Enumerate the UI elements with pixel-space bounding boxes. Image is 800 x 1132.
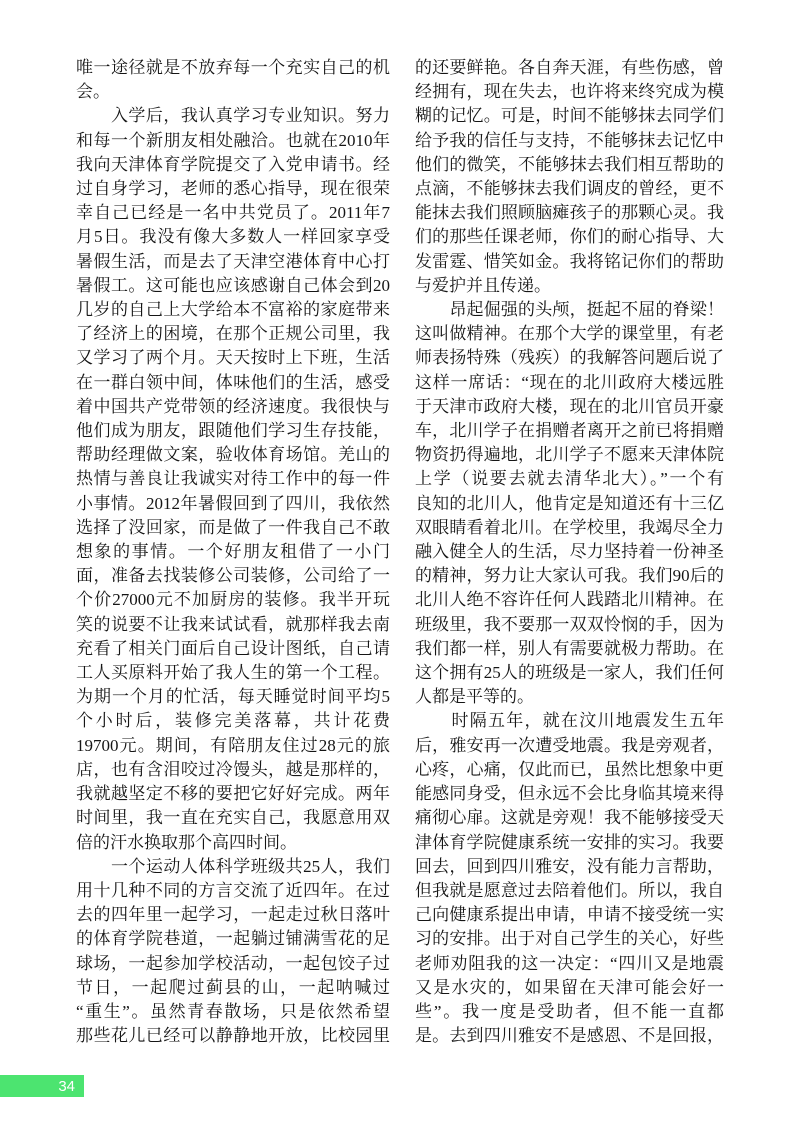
text-line: 入学后，我认真学习专业知识。努力: [76, 104, 390, 128]
text-line: 班级里，我不要那一双双怜悯的手，因为: [415, 613, 724, 637]
text-line: 双眼睛看着北川。在学校里，我竭尽全力: [415, 516, 724, 540]
text-line: 又学习了两个月。天天按时上下班，生活: [76, 346, 390, 370]
paragraph: 一个运动人体科学班级共25人，我们用十几种不同的方言交流了近四年。在过去的四年里…: [76, 855, 390, 1049]
text-line: 会。: [76, 80, 390, 104]
text-line: 面，准备去找装修公司装修，公司给了一: [76, 564, 390, 588]
document-page: 唯一途径就是不放弃每一个充实自己的机会。 入学后，我认真学习专业知识。努力和每一…: [0, 0, 800, 1132]
text-line: 过自身学习，老师的悉心指导，现在很荣: [76, 177, 390, 201]
text-line: 车，北川学子在捐赠者离开之前已将捐赠: [415, 419, 724, 443]
text-line: 工人买原料开始了我人生的第一个工程。: [76, 661, 390, 685]
text-line: 时隔五年，就在汶川地震发生五年: [415, 709, 724, 733]
text-line: 的还要鲜艳。各自奔天涯，有些伤感，曾: [415, 56, 724, 80]
text-line: 融入健全人的生活，尽力坚持着一份神圣: [415, 540, 724, 564]
text-line: 小事情。2012年暑假回到了四川，我依然: [76, 492, 390, 516]
text-line: 昂起倔强的头颅，挺起不屈的脊梁！: [415, 298, 724, 322]
text-line: 这叫做精神。在那个大学的课堂里，有老: [415, 322, 724, 346]
text-line: 那些花儿已经可以静静地开放，比校园里: [76, 1024, 390, 1048]
text-line: 的体育学院巷道，一起躺过铺满雪花的足: [76, 927, 390, 951]
text-line: 糊的记忆。可是，时间不能够抹去同学们: [415, 104, 724, 128]
text-line: 北川人绝不容许任何人践踏北川精神。在: [415, 588, 724, 612]
page-number: 34: [58, 1078, 75, 1095]
text-line: 给予我的信任与支持，不能够抹去记忆中: [415, 129, 724, 153]
text-line: 暑假工。这可能也应该感谢自己体会到20: [76, 274, 390, 298]
text-line: 在一群白领中间，体味他们的生活，感受: [76, 371, 390, 395]
text-column-right: 的还要鲜艳。各自奔天涯，有些伤感，曾经拥有，现在失去，也许将来终究成为模糊的记忆…: [415, 56, 724, 1048]
text-line: 老师劝阻我的这一决定：“四川又是地震: [415, 952, 724, 976]
text-line: 球场，一起参加学校活动，一起包饺子过: [76, 952, 390, 976]
text-line: 个小时后，装修完美落幕，共计花费: [76, 709, 390, 733]
paragraph: 的还要鲜艳。各自奔天涯，有些伤感，曾经拥有，现在失去，也许将来终究成为模糊的记忆…: [415, 56, 724, 298]
text-line: 个价27000元不加厨房的装修。我半开玩: [76, 588, 390, 612]
text-line: 我就越坚定不移的要把它好好完成。两年: [76, 782, 390, 806]
text-line: 人都是平等的。: [415, 685, 724, 709]
text-line: 节日，一起爬过蓟县的山，一起呐喊过: [76, 976, 390, 1000]
text-line: 发雷霆、惜笑如金。我将铭记你们的帮助: [415, 250, 724, 274]
text-line: 的精神，努力让大家认可我。我们90后的: [415, 564, 724, 588]
text-line: 些”。我一度是受助者，但不能一直都: [415, 1000, 724, 1024]
text-line: 是。去到四川雅安不是感恩、不是回报，: [415, 1024, 724, 1048]
text-line: 们的那些任课老师，你们的耐心指导、大: [415, 225, 724, 249]
text-line: 又是水灾的，如果留在天津可能会好一: [415, 976, 724, 1000]
text-line: 月5日。我没有像大多数人一样回家享受: [76, 225, 390, 249]
text-line: 我向天津体育学院提交了入党申请书。经: [76, 153, 390, 177]
text-line: 心疼，心痛，仅此而已，虽然比想象中更: [415, 758, 724, 782]
text-line: 暑假生活，而是去了天津空港体育中心打: [76, 250, 390, 274]
text-line: 为期一个月的忙活，每天睡觉时间平均5: [76, 685, 390, 709]
text-line: 几岁的自己上大学给本不富裕的家庭带来: [76, 298, 390, 322]
paragraph: 唯一途径就是不放弃每一个充实自己的机会。: [76, 56, 390, 104]
text-line: 于天津市政府大楼，现在的北川官员开豪: [415, 395, 724, 419]
text-line: 津体育学院健康系统一安排的实习。我要: [415, 831, 724, 855]
text-line: 上学（说要去就去清华北大）。”一个有: [415, 467, 724, 491]
text-line: 他们的微笑，不能够抹去我们相互帮助的: [415, 153, 724, 177]
paragraph: 昂起倔强的头颅，挺起不屈的脊梁！这叫做精神。在那个大学的课堂里，有老师表扬特殊（…: [415, 298, 724, 709]
text-line: 能感同身受，但永远不会比身临其境来得: [415, 782, 724, 806]
page-number-badge: 34: [0, 1075, 84, 1097]
text-line: 倍的汗水换取那个高四时间。: [76, 831, 390, 855]
text-line: 笑的说要不让我来试试看，就那样我去南: [76, 613, 390, 637]
text-line: 这个拥有25人的班级是一家人，我们任何: [415, 661, 724, 685]
text-line: 这样一席话：“现在的北川政府大楼远胜: [415, 371, 724, 395]
text-line: 能抹去我们照顾脑瘫孩子的那颗心灵。我: [415, 201, 724, 225]
text-line: “重生”。虽然青春散场，只是依然希望: [76, 1000, 390, 1024]
text-line: 经拥有，现在失去，也许将来终究成为模: [415, 80, 724, 104]
text-line: 习的安排。出于对自己学生的关心，好些: [415, 927, 724, 951]
text-line: 点滴，不能够抹去我们调皮的曾经，更不: [415, 177, 724, 201]
text-line: 充看了相关门面后自己设计图纸，自己请: [76, 637, 390, 661]
text-line: 19700元。期间，有陪朋友住过28元的旅: [76, 734, 390, 758]
text-line: 着中国共产党带领的经济速度。我很快与: [76, 395, 390, 419]
text-line: 去的四年里一起学习，一起走过秋日落叶: [76, 903, 390, 927]
text-line: 店，也有含泪咬过冷馒头，越是那样的，: [76, 758, 390, 782]
text-line: 了经济上的困境，在那个正规公司里，我: [76, 322, 390, 346]
text-line: 良知的北川人，他肯定是知道还有十三亿: [415, 492, 724, 516]
text-line: 与爱护并且传递。: [415, 274, 724, 298]
paragraph: 时隔五年，就在汶川地震发生五年后，雅安再一次遭受地震。我是旁观者，心疼，心痛，仅…: [415, 709, 724, 1048]
text-line: 后，雅安再一次遭受地震。我是旁观者，: [415, 734, 724, 758]
text-line: 他们成为朋友，跟随他们学习生存技能，: [76, 419, 390, 443]
text-line: 回去，回到四川雅安，没有能力言帮助，: [415, 855, 724, 879]
text-line: 但我就是愿意过去陪着他们。所以，我自: [415, 879, 724, 903]
text-line: 热情与善良让我诚实对待工作中的每一件: [76, 467, 390, 491]
text-line: 想象的事情。一个好朋友租借了一小门: [76, 540, 390, 564]
text-line: 唯一途径就是不放弃每一个充实自己的机: [76, 56, 390, 80]
text-line: 时间里，我一直在充实自己，我愿意用双: [76, 806, 390, 830]
text-column-left: 唯一途径就是不放弃每一个充实自己的机会。 入学后，我认真学习专业知识。努力和每一…: [76, 56, 390, 1048]
text-line: 一个运动人体科学班级共25人，我们: [76, 855, 390, 879]
paragraph: 入学后，我认真学习专业知识。努力和每一个新朋友相处融洽。也就在2010年我向天津…: [76, 104, 390, 854]
text-line: 痛彻心扉。这就是旁观！我不能够接受天: [415, 806, 724, 830]
text-line: 我们都一样，别人有需要就极力帮助。在: [415, 637, 724, 661]
text-line: 己向健康系提出申请，申请不接受统一实: [415, 903, 724, 927]
text-line: 选择了没回家，而是做了一件我自己不敢: [76, 516, 390, 540]
text-line: 师表扬特殊（残疾）的我解答问题后说了: [415, 346, 724, 370]
text-line: 和每一个新朋友相处融洽。也就在2010年: [76, 129, 390, 153]
text-line: 用十几种不同的方言交流了近四年。在过: [76, 879, 390, 903]
text-line: 物资扔得遍地，北川学子不愿来天津体院: [415, 443, 724, 467]
text-line: 幸自己已经是一名中共党员了。2011年7: [76, 201, 390, 225]
text-line: 帮助经理做文案，验收体育场馆。羌山的: [76, 443, 390, 467]
